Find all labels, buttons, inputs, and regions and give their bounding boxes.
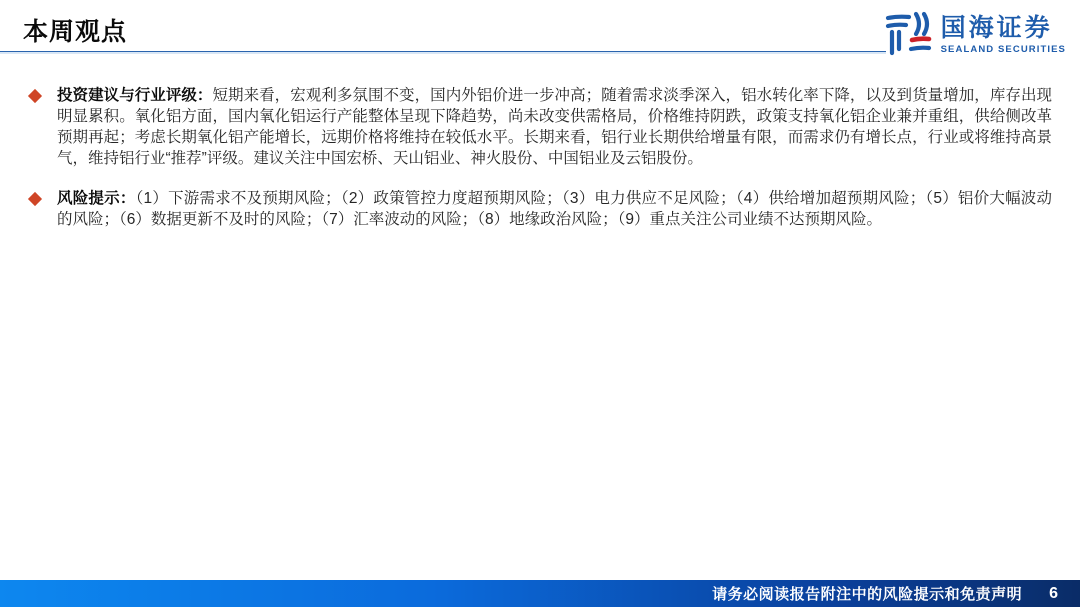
title-underline <box>0 51 886 54</box>
report-slide: 本周观点 <box>0 0 1080 607</box>
risk-warning-paragraph: 风险提示：（1）下游需求不及预期风险；（2）政策管控力度超预期风险；（3）电力供… <box>57 188 1052 230</box>
diamond-bullet-icon <box>30 188 57 204</box>
brand-logo-text: 国海证券 SEALAND SECURITIES <box>941 16 1066 55</box>
bullet-investment-advice: 投资建议与行业评级：短期来看，宏观利多氛围不变，国内外铝价进一步冲高；随着需求淡… <box>30 85 1052 169</box>
slide-content: 投资建议与行业评级：短期来看，宏观利多氛围不变，国内外铝价进一步冲高；随着需求淡… <box>0 85 1080 230</box>
footer-page-number: 6 <box>1049 585 1058 603</box>
page-title: 本周观点 <box>23 12 127 48</box>
diamond-bullet-icon <box>30 85 57 101</box>
investment-advice-lead: 投资建议与行业评级： <box>57 87 212 104</box>
bullet-risk-warning: 风险提示：（1）下游需求不及预期风险；（2）政策管控力度超预期风险；（3）电力供… <box>30 188 1052 230</box>
slide-header: 本周观点 <box>0 0 1080 56</box>
footer-disclaimer: 请务必阅读报告附注中的风险提示和免责声明 <box>712 583 1022 604</box>
investment-advice-paragraph: 投资建议与行业评级：短期来看，宏观利多氛围不变，国内外铝价进一步冲高；随着需求淡… <box>57 85 1052 169</box>
slide-footer: 请务必阅读报告附注中的风险提示和免责声明 6 <box>0 580 1080 607</box>
brand-name: 国海证券 <box>941 16 1066 41</box>
risk-warning-text: （1）下游需求不及预期风险；（2）政策管控力度超预期风险；（3）电力供应不足风险… <box>57 190 1052 228</box>
brand-logo: 国海证券 SEALAND SECURITIES <box>883 9 1066 62</box>
risk-warning-lead: 风险提示： <box>57 190 136 207</box>
brand-subtitle: SEALAND SECURITIES <box>941 45 1066 55</box>
sealand-logo-mark-icon <box>883 9 933 62</box>
